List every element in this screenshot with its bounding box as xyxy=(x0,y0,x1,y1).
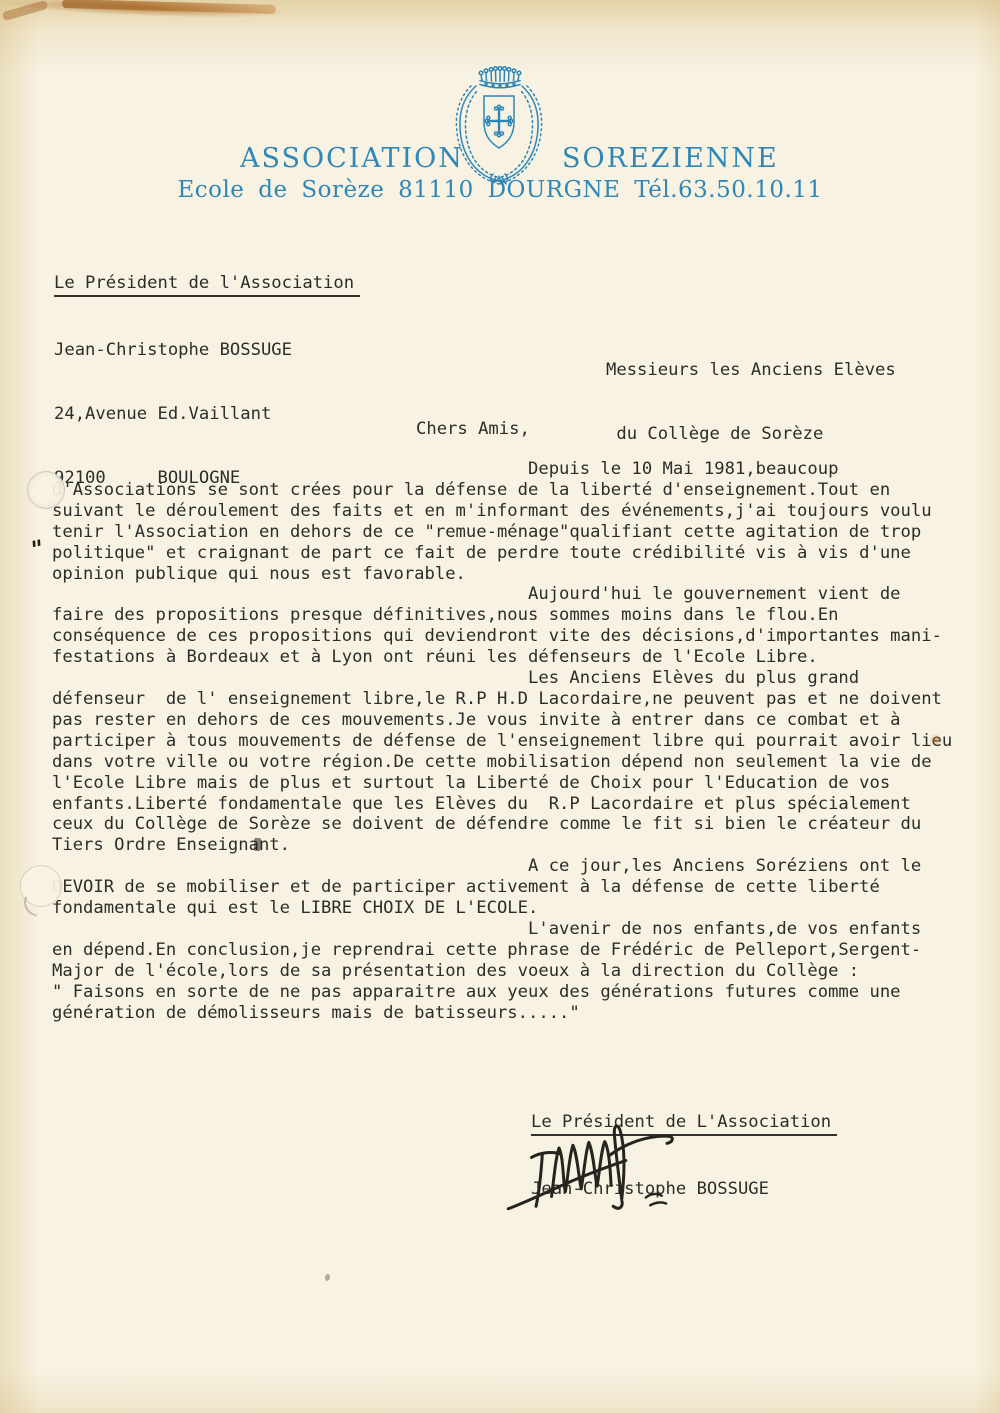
body-line: dans votre ville ou votre région.De cett… xyxy=(52,752,952,773)
sender-name: Jean-Christophe BOSSUGE xyxy=(54,340,360,361)
ink-smudge xyxy=(929,734,942,746)
body-line: A ce jour,les Anciens Soréziens ont le xyxy=(52,856,952,877)
sender-title-text: Le Président de l'Association xyxy=(54,273,360,297)
body-line: festations à Bordeaux et à Lyon ont réun… xyxy=(52,647,952,668)
body-line: conséquence de ces propositions qui devi… xyxy=(52,626,952,647)
sender-title: Le Président de l'Association xyxy=(54,273,360,297)
recipient-line1: Messieurs les Anciens Elèves xyxy=(606,360,896,381)
body-line: " Faisons en sorte de ne pas apparaitre … xyxy=(52,982,952,1003)
body-line: ceux du Collège de Sorèze se doivent de … xyxy=(52,814,952,835)
body-line: Tiers Ordre Enseignant. xyxy=(52,835,952,856)
speck xyxy=(324,1273,331,1281)
org-name-left: ASSOCIATION xyxy=(240,143,464,174)
body-line: génération de démolisseurs mais de batis… xyxy=(52,1003,952,1024)
salutation: Chers Amis, xyxy=(416,419,530,440)
body-line: L'avenir de nos enfants,de vos enfants xyxy=(52,919,952,940)
body-line: Major de l'école,lors de sa présentation… xyxy=(52,961,952,982)
body-line: participer à tous mouvements de défense … xyxy=(52,731,952,752)
body-line: Les Anciens Elèves du plus grand xyxy=(52,668,952,689)
handwritten-quote-mark: " xyxy=(30,536,44,565)
body-line: tenir l'Association en dehors de ce "rem… xyxy=(52,522,952,543)
letter-page: ASSOCIATION xyxy=(0,0,1000,1413)
body-line: Depuis le 10 Mai 1981,beaucoup xyxy=(52,459,952,480)
sender-street: 24,Avenue Ed.Vaillant xyxy=(54,404,360,425)
body-line: défenseur de l' enseignement libre,le R.… xyxy=(52,689,952,710)
body-line: politique" et craignant de part ce fait … xyxy=(52,543,952,564)
crest-icon xyxy=(452,63,546,185)
body-line: pas rester en dehors de ces mouvements.J… xyxy=(52,710,952,731)
letter-body: Depuis le 10 Mai 1981,beaucoupd'Associat… xyxy=(52,459,952,1023)
body-line: opinion publique qui nous est favorable. xyxy=(52,564,952,585)
handwritten-signature xyxy=(496,1111,701,1219)
body-line: en dépend.En conclusion,je reprendrai ce… xyxy=(52,940,952,961)
org-name-right: SOREZIENNE xyxy=(562,143,779,174)
body-line: Aujourd'hui le gouvernement vient de xyxy=(52,584,952,605)
hole-punch-mark xyxy=(27,471,65,509)
body-line: fondamentale qui est le LIBRE CHOIX DE L… xyxy=(52,898,952,919)
body-line: faire des propositions presque définitiv… xyxy=(52,605,952,626)
recipient-line2: du Collège de Sorèze xyxy=(606,424,896,445)
letterhead-address: Ecole de Sorèze 81110 DOURGNE Tél.63.50.… xyxy=(0,177,1000,203)
body-line: suivant le déroulement des faits et en m… xyxy=(52,501,952,522)
body-line: l'Ecole Libre mais de plus et surtout la… xyxy=(52,773,952,794)
body-line: DEVOIR de se mobiliser et de participer … xyxy=(52,877,952,898)
overstrike-mark xyxy=(254,838,262,851)
body-line: enfants.Liberté fondamentale que les Elè… xyxy=(52,794,952,815)
body-line: d'Associations se sont crées pour la déf… xyxy=(52,480,952,501)
